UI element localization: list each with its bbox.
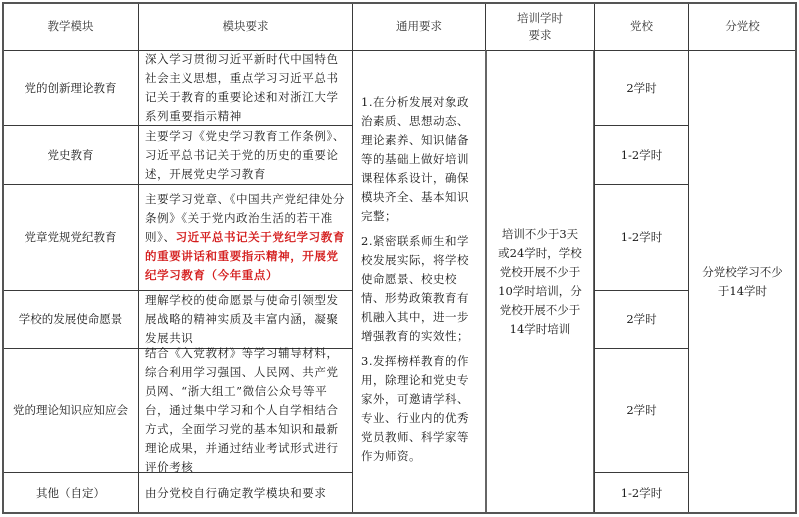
general-requirements-cell: 1.在分析发展对象政治素质、思想动态、理论素养、知识储备等的基础上做好培训课程体… bbox=[352, 50, 486, 514]
header-general-requirement: 通用要求 bbox=[352, 2, 486, 51]
header-party-school: 党校 bbox=[594, 2, 689, 51]
general-requirement-3: 3.发挥榜样教育的作用，除理论和党史专家外，可邀请学科、专业、行业内的优秀党员教… bbox=[361, 352, 477, 466]
header-module: 教学模块 bbox=[2, 2, 139, 51]
module-cell-5: 党的理论知识应知应会 bbox=[2, 348, 139, 473]
requirement-text-6: 由分党校自行确定教学模块和要求 bbox=[139, 484, 333, 503]
training-hours-cell: 培训不少于3天或24学时，学校党校开展不少于10学时培训，分党校开展不少于14学… bbox=[485, 50, 595, 514]
party-school-hours-4: 2学时 bbox=[594, 290, 689, 349]
requirement-cell-3: 主要学习党章、《中国共产党纪律处分条例》《关于党内政治生活的若干准则》、习近平总… bbox=[138, 184, 353, 291]
requirement-text-5: 结合《入党教材》等学习辅导材料，综合利用学习强国、人民网、共产党员网、“浙大组工… bbox=[139, 344, 352, 477]
party-school-hours-5: 2学时 bbox=[594, 348, 689, 473]
header-training-hours: 培训学时 要求 bbox=[485, 2, 595, 51]
module-cell-6: 其他（自定） bbox=[2, 472, 139, 514]
general-requirements-list: 1.在分析发展对象政治素质、思想动态、理论素养、知识储备等的基础上做好培训课程体… bbox=[353, 85, 485, 480]
requirement-text-3: 主要学习党章、《中国共产党纪律处分条例》《关于党内政治生活的若干准则》、习近平总… bbox=[139, 190, 352, 285]
requirement-cell-4: 理解学校的使命愿景与使命引领型发展战略的精神实质及丰富内涵，凝聚发展共识 bbox=[138, 290, 353, 349]
header-branch-school: 分党校 bbox=[688, 2, 797, 51]
header-module-requirement: 模块要求 bbox=[138, 2, 353, 51]
module-cell-1: 党的创新理论教育 bbox=[2, 50, 139, 126]
requirement-cell-6: 由分党校自行确定教学模块和要求 bbox=[138, 472, 353, 514]
module-cell-4: 学校的发展使命愿景 bbox=[2, 290, 139, 349]
requirement-text-3-highlight: 习近平总书记关于党纪学习教育的重要讲话和重要指示精神，开展党纪学习教育（今年重点… bbox=[145, 230, 345, 282]
requirement-cell-1: 深入学习贯彻习近平新时代中国特色社会主义思想，重点学习习近平总书记关于教育的重要… bbox=[138, 50, 353, 126]
header-training-hours-line2: 要求 bbox=[529, 27, 552, 44]
general-requirement-2: 2.紧密联系师生和学校发展实际，将学校使命愿景、校史校情、形势政策教育有机融入其… bbox=[361, 232, 477, 346]
branch-school-cell: 分党校学习不少于14学时 bbox=[688, 50, 797, 514]
requirement-text-2: 主要学习《党史学习教育工作条例》、习近平总书记关于党的历史的重要论述，开展党史学… bbox=[139, 127, 352, 184]
party-school-hours-3: 1-2学时 bbox=[594, 184, 689, 291]
requirement-text-1: 深入学习贯彻习近平新时代中国特色社会主义思想，重点学习习近平总书记关于教育的重要… bbox=[139, 50, 352, 126]
party-school-hours-2: 1-2学时 bbox=[594, 125, 689, 185]
header-training-hours-line1: 培训学时 bbox=[517, 10, 563, 27]
module-cell-3: 党章党规党纪教育 bbox=[2, 184, 139, 291]
requirement-text-4: 理解学校的使命愿景与使命引领型发展战略的精神实质及丰富内涵，凝聚发展共识 bbox=[139, 291, 352, 348]
general-requirement-1: 1.在分析发展对象政治素质、思想动态、理论素养、知识储备等的基础上做好培训课程体… bbox=[361, 93, 477, 226]
party-school-hours-1: 2学时 bbox=[594, 50, 689, 126]
curriculum-table: 教学模块 模块要求 通用要求 培训学时 要求 党校 分党校 党的创新理论教育 党… bbox=[2, 2, 797, 514]
module-cell-2: 党史教育 bbox=[2, 125, 139, 185]
party-school-hours-6: 1-2学时 bbox=[594, 472, 689, 514]
requirement-cell-2: 主要学习《党史学习教育工作条例》、习近平总书记关于党的历史的重要论述，开展党史学… bbox=[138, 125, 353, 185]
requirement-cell-5: 结合《入党教材》等学习辅导材料，综合利用学习强国、人民网、共产党员网、“浙大组工… bbox=[138, 348, 353, 473]
